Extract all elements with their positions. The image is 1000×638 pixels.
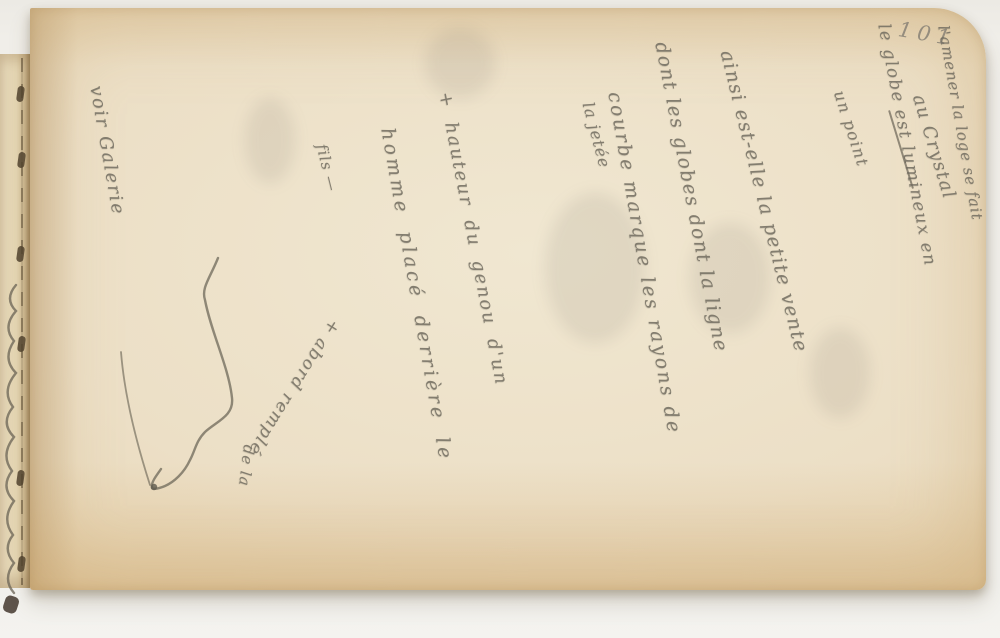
binding-thread xyxy=(21,58,23,585)
notebook-page: 101 l'amener la loge se fait au Crystal … xyxy=(30,8,986,590)
graphite-smudge xyxy=(810,328,870,418)
facing-page-edge-writing xyxy=(0,279,28,599)
handwritten-line: fils — xyxy=(313,142,342,194)
handwritten-line: + hauteur du genou d'un xyxy=(434,90,512,387)
pencil-sketch xyxy=(100,240,360,510)
handwritten-line: homme placé derrière le xyxy=(376,126,456,463)
facing-page-edge xyxy=(0,54,30,588)
graphite-smudge xyxy=(425,28,495,98)
notebook-scan: 101 l'amener la loge se fait au Crystal … xyxy=(0,0,1000,638)
handwritten-line: un point xyxy=(830,88,873,169)
graphite-smudge xyxy=(245,98,295,183)
handwritten-line: voir Galerie xyxy=(85,84,129,217)
